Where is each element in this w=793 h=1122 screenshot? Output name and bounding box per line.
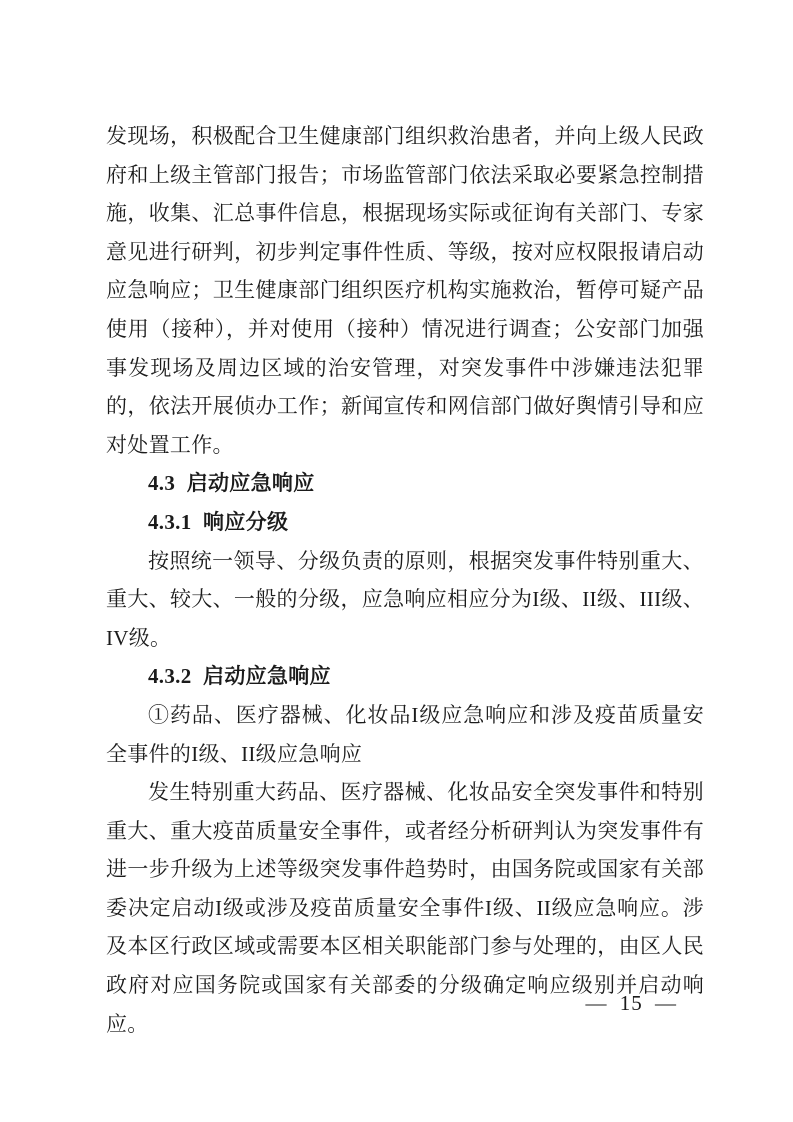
body-paragraph: 发现场，积极配合卫生健康部门组织救治患者，并向上级人民政府和上级主管部门报告；市… [106,117,704,464]
section-heading: 4.3.2 启动应急响应 [106,657,704,696]
document-body: 发现场，积极配合卫生健康部门组织救治患者，并向上级人民政府和上级主管部门报告；市… [106,117,704,1043]
page-number: — 15 — [586,991,678,1016]
body-paragraph: ①药品、医疗器械、化妆品I级应急响应和涉及疫苗质量安全事件的I级、II级应急响应 [106,696,704,773]
section-heading: 4.3.1 响应分级 [106,503,704,542]
document-page: 发现场，积极配合卫生健康部门组织救治患者，并向上级人民政府和上级主管部门报告；市… [0,0,793,1122]
body-paragraph: 按照统一领导、分级负责的原则，根据突发事件特别重大、重大、较大、一般的分级，应急… [106,542,704,658]
section-heading: 4.3 启动应急响应 [106,464,704,503]
